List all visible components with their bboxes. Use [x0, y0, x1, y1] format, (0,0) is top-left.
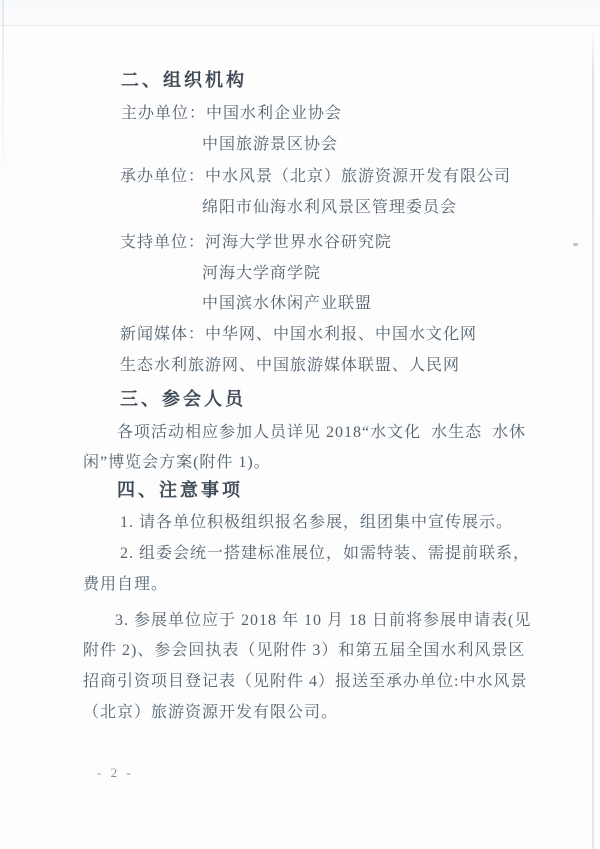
attendees-paragraph-line-2: 闲”博览会方案(附件 1)。	[83, 453, 271, 472]
note-2-line-1: 2. 组委会统一搭建标准展位，如需特装、需提前联系，	[120, 544, 530, 563]
organizer-unit-label: 承办单位：	[120, 168, 205, 185]
note-2-line-2: 费用自理。	[83, 575, 168, 594]
media-value-2: 生态水利旅游网、中国旅游媒体联盟、人民网	[120, 356, 460, 375]
host-unit-label: 主办单位：	[121, 105, 206, 122]
supporter-unit-value-2: 河海大学商学院	[202, 264, 321, 283]
host-unit-value-1: 中国水利企业协会	[206, 105, 342, 122]
scan-edge-right	[592, 30, 594, 849]
supporter-unit-line: 支持单位：河海大学世界水谷研究院	[120, 233, 392, 252]
organizer-unit-value-2: 绵阳市仙海水利风景区管理委员会	[202, 198, 457, 217]
scan-edge-left	[2, 0, 4, 190]
host-unit-value-2: 中国旅游景区协会	[202, 135, 338, 154]
supporter-unit-label: 支持单位：	[120, 234, 205, 251]
media-value-1: 中华网、中国水利报、中国水文化网	[205, 326, 477, 343]
supporter-unit-value-3: 中国滨水休闲产业联盟	[202, 294, 372, 313]
host-unit-line: 主办单位：中国水利企业协会	[121, 104, 342, 123]
note-1-line-1: 1. 请各单位积极组织报名参展，组团集中宣传展示。	[120, 513, 513, 532]
media-line: 新闻媒体：中华网、中国水利报、中国水文化网	[120, 325, 477, 344]
section-heading-organization: 二、组织机构	[121, 70, 247, 91]
scanned-document-page: 二、组织机构 主办单位：中国水利企业协会 中国旅游景区协会 承办单位：中水风景（…	[0, 0, 600, 849]
section-heading-notes: 四、注意事项	[117, 480, 243, 501]
attendees-paragraph-line-1: 各项活动相应参加人员详见 2018“水文化 水生态 水休	[117, 423, 526, 442]
supporter-unit-value-1: 河海大学世界水谷研究院	[205, 234, 392, 251]
organizer-unit-line: 承办单位：中水风景（北京）旅游资源开发有限公司	[120, 167, 511, 186]
page-number: - 2 -	[97, 765, 134, 781]
note-3-line-2: 附件 2)、参会回执表（见附件 3）和第五届全国水利风景区	[83, 641, 525, 660]
note-3-line-4: （北京）旅游资源开发有限公司。	[83, 703, 338, 722]
note-3-line-3: 招商引资项目登记表（见附件 4）报送至承办单位:中水风景	[83, 672, 527, 691]
scan-artifact-speck	[573, 243, 578, 246]
section-heading-attendees: 三、参会人员	[120, 389, 246, 410]
scan-edge-top	[0, 0, 600, 26]
note-3-line-1: 3. 参展单位应于 2018 年 10 月 18 日前将参展申请表(见	[115, 611, 531, 630]
organizer-unit-value-1: 中水风景（北京）旅游资源开发有限公司	[205, 168, 511, 185]
media-label: 新闻媒体：	[120, 326, 205, 343]
